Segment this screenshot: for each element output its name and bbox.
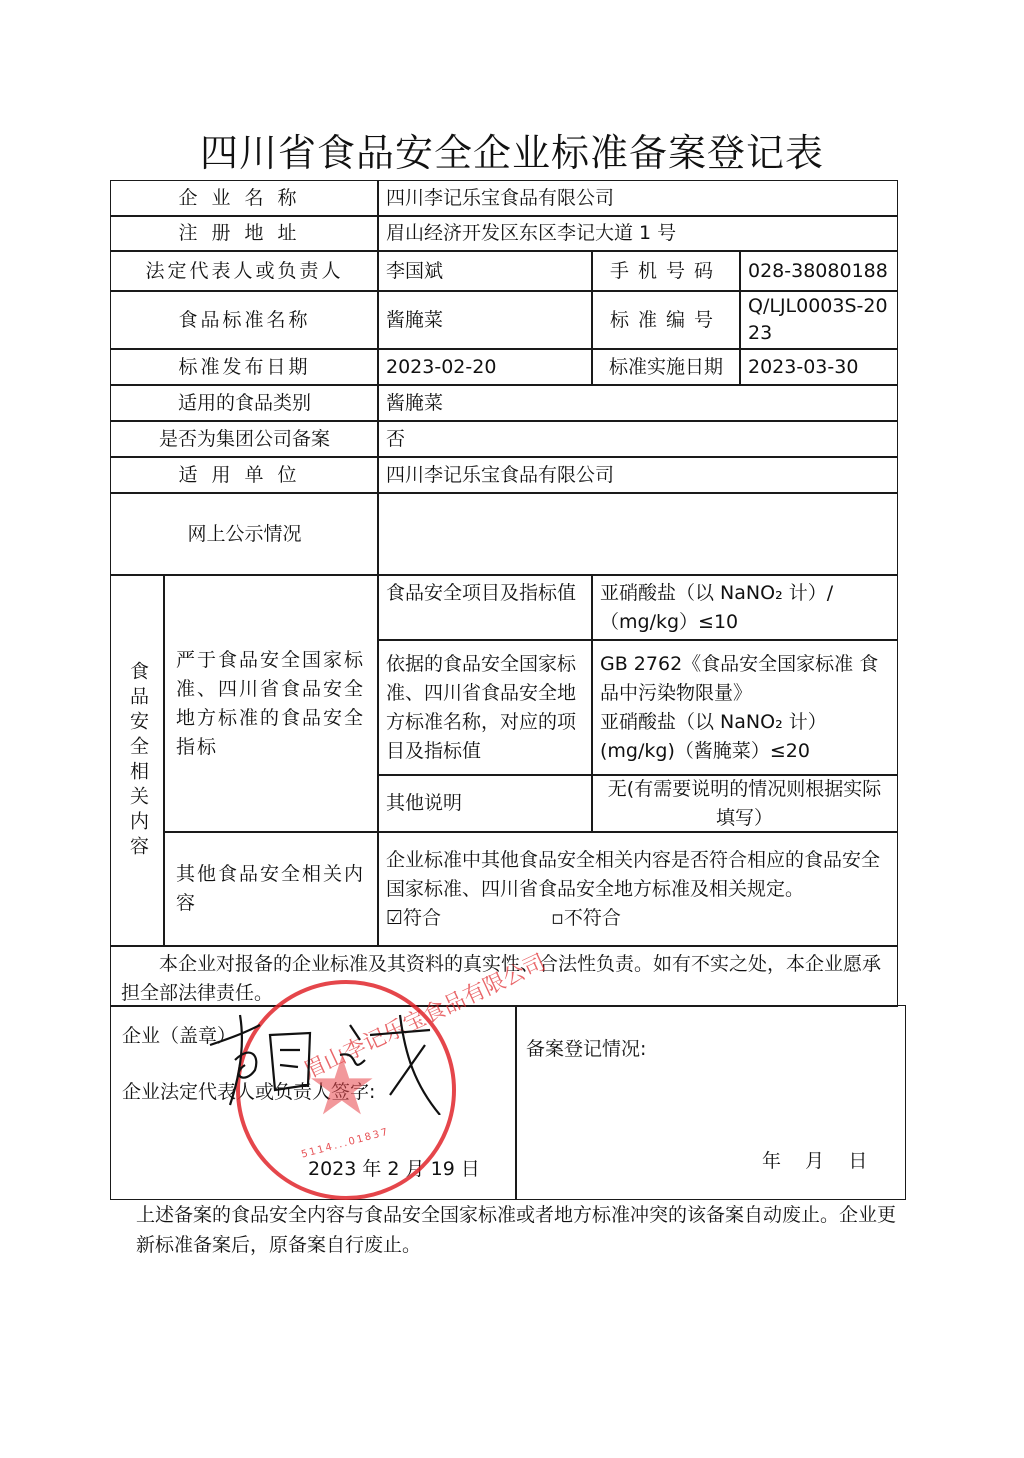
company-name-value: 四川李记乐宝食品有限公司 — [377, 180, 898, 217]
registration-date: 年 月 日 — [762, 1147, 867, 1176]
sign-date: 2023 年 2 月 19 日 — [308, 1155, 480, 1184]
other-safety-value: 企业标准中其他食品安全相关内容是否符合相应的食品安全国家标准、四川省食品安全地方… — [377, 831, 898, 947]
other-notes-label: 其他说明 — [377, 774, 593, 833]
other-safety-label: 其他食品安全相关内容 — [163, 831, 379, 947]
basis-standard-limit: 亚硝酸盐（以 NaNO₂ 计）(mg/kg)（酱腌菜）≤20 — [600, 708, 889, 766]
category-label: 适用的食品类别 — [110, 384, 379, 422]
safety-item-value: 亚硝酸盐（以 NaNO₂ 计）/（mg/kg）≤10 — [591, 574, 898, 641]
phone-label: 手机号码 — [591, 250, 741, 292]
seal-label: 企业（盖章） — [122, 1022, 236, 1051]
group-filing-value: 否 — [377, 420, 898, 458]
option-noncompliant-checkbox[interactable]: ▫不符合 — [551, 904, 621, 933]
legal-rep-label: 法定代表人或负责人 — [110, 250, 379, 292]
footer-note: 上述备案的食品安全内容与食品安全国家标准或者地方标准冲突的该备案自动废止。企业更… — [136, 1200, 896, 1260]
standard-name-label: 食品标准名称 — [110, 290, 379, 350]
legal-rep-value: 李国斌 — [377, 250, 593, 292]
signature-label: 企业法定代表人或负责人签字: — [122, 1078, 375, 1107]
registration-label: 备案登记情况: — [526, 1035, 646, 1064]
online-publicity-label: 网上公示情况 — [110, 492, 379, 576]
group-filing-label: 是否为集团公司备案 — [110, 420, 379, 458]
online-publicity-value — [377, 492, 898, 576]
basis-standard-name: GB 2762《食品安全国家标准 食品中污染物限量》 — [600, 650, 889, 708]
publish-date-label: 标准发布日期 — [110, 348, 379, 386]
address-value: 眉山经济开发区东区李记大道 1 号 — [377, 215, 898, 252]
basis-standard-value: GB 2762《食品安全国家标准 食品中污染物限量》 亚硝酸盐（以 NaNO₂ … — [591, 639, 898, 776]
address-label: 注册地址 — [110, 215, 379, 252]
compliance-question: 企业标准中其他食品安全相关内容是否符合相应的食品安全国家标准、四川省食品安全地方… — [386, 846, 889, 904]
declaration: 本企业对报备的企业标准及其资料的真实性、合法性负责。如有不实之处，本企业愿承担全… — [110, 945, 898, 1007]
applicable-unit-value: 四川李记乐宝食品有限公司 — [377, 456, 898, 494]
safety-item-label: 食品安全项目及指标值 — [377, 574, 593, 641]
form-title: 四川省食品安全企业标准备案登记表 — [0, 122, 1024, 177]
category-value: 酱腌菜 — [377, 384, 898, 422]
stricter-indicators-label: 严于食品安全国家标准、四川省食品安全地方标准的食品安全指标 — [163, 574, 379, 833]
applicable-unit-label: 适用单位 — [110, 456, 379, 494]
option-compliant-checkbox[interactable]: ☑符合 — [386, 904, 441, 933]
phone-value: 028-38080188 — [739, 250, 898, 292]
standard-number-value: Q/LJL0003S-2023 — [739, 290, 898, 350]
standard-name-value: 酱腌菜 — [377, 290, 593, 350]
basis-standard-label: 依据的食品安全国家标准、四川省食品安全地方标准名称，对应的项目及指标值 — [377, 639, 593, 776]
implement-date-value: 2023-03-30 — [739, 348, 898, 386]
company-name-label: 企业名称 — [110, 180, 379, 217]
standard-number-label: 标准编号 — [591, 290, 741, 350]
other-notes-value: 无(有需要说明的情况则根据实际填写） — [591, 774, 898, 833]
publish-date-value: 2023-02-20 — [377, 348, 593, 386]
safety-section-label: 食品安全相关内容 — [110, 574, 165, 947]
implement-date-label: 标准实施日期 — [591, 348, 741, 386]
